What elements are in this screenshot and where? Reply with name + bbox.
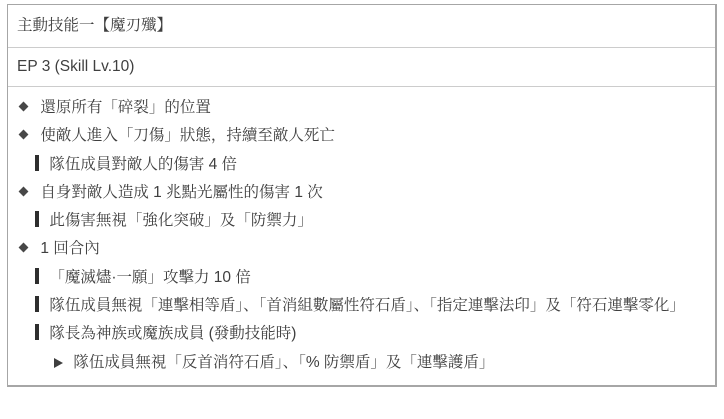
skill-effects-list: 還原所有「碎裂」的位置 使敵人進入「刀傷」狀態，持續至敵人死亡 隊伍成員對敵人的…	[8, 87, 715, 385]
page: 主動技能一【魔刃殲】 EP 3 (Skill Lv.10) 還原所有「碎裂」的位…	[0, 0, 724, 419]
diamond-bullet-icon	[19, 102, 29, 112]
diamond-bullet-icon	[19, 186, 29, 196]
effect-text: 隊伍成員無視「連擊相等盾」、「首消組數屬性符石盾」、「指定連擊法印」及「符石連擊…	[49, 297, 685, 314]
bar-bullet-icon	[35, 155, 39, 171]
effect-text: 自身對敵人造成 1 兆點光屬性的傷害 1 次	[40, 184, 322, 201]
skill-effect-line: 使敵人進入「刀傷」狀態，持續至敵人死亡	[17, 122, 706, 150]
effect-text: 隊伍成員無視「反首消符石盾」、「% 防禦盾」及「連擊護盾」	[73, 354, 494, 371]
skill-title: 主動技能一【魔刃殲】	[17, 17, 172, 34]
effect-text: 還原所有「碎裂」的位置	[40, 99, 211, 116]
effect-text: 使敵人進入「刀傷」狀態，持續至敵人死亡	[40, 127, 335, 144]
effect-text: 「魔滅燼·一願」攻擊力 10 倍	[49, 269, 251, 286]
skill-effect-line: 隊長為神族或魔族成員 (發動技能時)	[17, 320, 706, 348]
effect-text: 隊長為神族或魔族成員 (發動技能時)	[49, 325, 296, 342]
bar-bullet-icon	[35, 211, 39, 227]
skill-cost: EP 3 (Skill Lv.10)	[17, 58, 134, 75]
skill-cost-row: EP 3 (Skill Lv.10)	[8, 48, 715, 87]
triangle-bullet-icon	[54, 358, 63, 368]
skill-effect-line: 「魔滅燼·一願」攻擊力 10 倍	[17, 264, 706, 292]
effect-text: 此傷害無視「強化突破」及「防禦力」	[49, 212, 313, 229]
bar-bullet-icon	[35, 324, 39, 340]
skill-effect-line: 1 回合內	[17, 235, 706, 263]
bar-bullet-icon	[35, 296, 39, 312]
bar-bullet-icon	[35, 268, 39, 284]
skill-title-row: 主動技能一【魔刃殲】	[8, 5, 715, 48]
skill-effect-line: 自身對敵人造成 1 兆點光屬性的傷害 1 次	[17, 179, 706, 207]
skill-effect-line: 隊伍成員無視「反首消符石盾」、「% 防禦盾」及「連擊護盾」	[17, 349, 706, 377]
diamond-bullet-icon	[19, 243, 29, 253]
effect-text: 隊伍成員對敵人的傷害 4 倍	[49, 156, 237, 173]
effect-text: 1 回合內	[40, 240, 99, 257]
diamond-bullet-icon	[19, 130, 29, 140]
skill-effect-line: 此傷害無視「強化突破」及「防禦力」	[17, 207, 706, 235]
skill-effect-line: 還原所有「碎裂」的位置	[17, 94, 706, 122]
skill-effect-line: 隊伍成員對敵人的傷害 4 倍	[17, 151, 706, 179]
skill-table: 主動技能一【魔刃殲】 EP 3 (Skill Lv.10) 還原所有「碎裂」的位…	[7, 4, 717, 387]
skill-effect-line: 隊伍成員無視「連擊相等盾」、「首消組數屬性符石盾」、「指定連擊法印」及「符石連擊…	[17, 292, 706, 320]
